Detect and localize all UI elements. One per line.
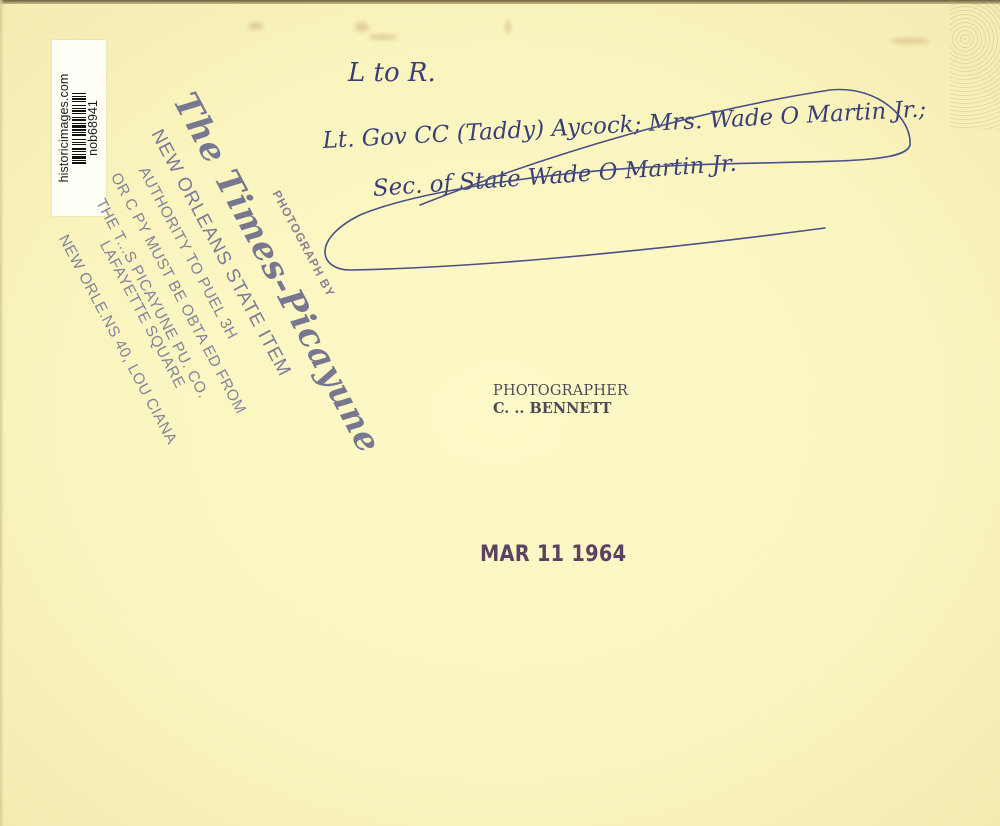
archive-site-name: historicimages.com: [58, 74, 71, 183]
archive-barcode-label: historicimages.com nob68941: [52, 40, 106, 216]
paper-wear-speckle: [950, 0, 1000, 130]
stain-spot: [355, 22, 369, 32]
photographer-stamp-title: PHOTOGRAPHER: [493, 383, 628, 399]
photographer-stamp-name: C. .. BENNETT: [493, 400, 628, 417]
barcode-icon: [72, 92, 86, 164]
handwritten-caption-direction: L to R.: [348, 58, 436, 88]
stain-spot: [368, 34, 398, 40]
photographer-stamp: PHOTOGRAPHER C. .. BENNETT: [493, 383, 628, 417]
stain-spot: [248, 22, 264, 30]
stain-spot: [505, 20, 511, 34]
paper-top-edge: [0, 0, 1000, 4]
stain-spot: [890, 38, 930, 44]
archive-item-id: nob68941: [87, 100, 100, 156]
date-stamp: MAR 11 1964: [480, 542, 626, 567]
paper-left-edge: [0, 0, 4, 826]
